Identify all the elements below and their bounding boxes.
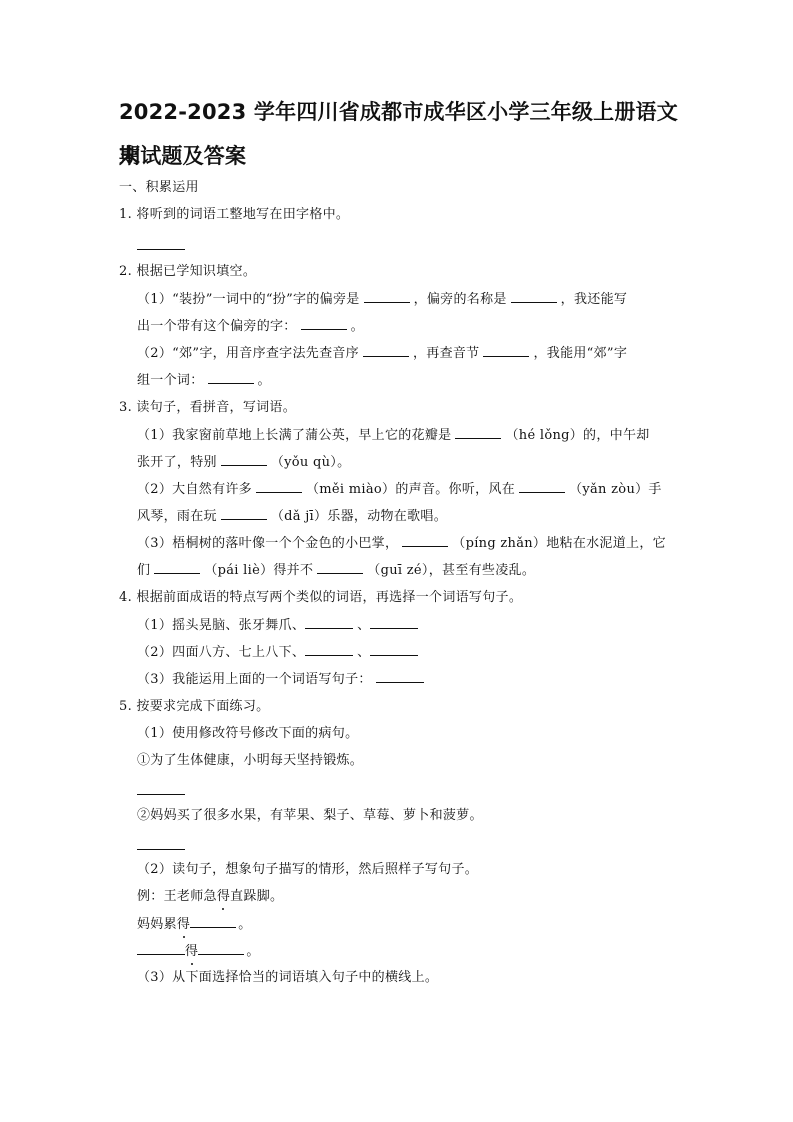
answer-blank[interactable]	[364, 289, 410, 303]
text: （hé lǒng）的，中午却	[505, 428, 649, 443]
answer-blank[interactable]	[256, 479, 302, 493]
answer-blank[interactable]	[363, 343, 409, 357]
answer-blank[interactable]	[208, 370, 254, 384]
question-5-part-2: （2）读句子，想象句子描写的情形，然后照样子写句子。	[137, 860, 478, 880]
answer-blank[interactable]	[511, 289, 557, 303]
document-title-line2: 末试题及答案	[119, 134, 679, 178]
text: （1）我家窗前草地上长满了蒲公英，早上它的花瓣是	[137, 428, 451, 443]
answer-blank[interactable]	[198, 941, 244, 955]
question-4-part-1: （1）摇头晃脑、张牙舞爪、、	[137, 615, 422, 636]
question-2: 2. 根据已学知识填空。	[119, 262, 256, 282]
text: ，再查音节	[413, 346, 480, 361]
text: （3）梧桐树的落叶像一个个金色的小巴掌，	[137, 536, 398, 551]
answer-blank[interactable]	[519, 479, 565, 493]
answer-blank[interactable]	[305, 642, 353, 656]
answer-blank[interactable]	[402, 533, 448, 547]
question-3-part-3: （3）梧桐树的落叶像一个个金色的小巴掌，（píng zhǎn）地粘在水泥道上，它	[137, 533, 666, 554]
section-heading: 一、积累运用	[119, 178, 199, 198]
emphasis-char: 得	[185, 942, 198, 962]
question-2-part-1-cont: 出一个带有这个偏旁的字：。	[137, 316, 364, 337]
separator: 、	[357, 645, 370, 660]
answer-blank[interactable]	[221, 452, 267, 466]
answer-blank[interactable]	[455, 425, 501, 439]
question-3-part-2-cont: 风琴，雨在玩（dǎ jī）乐器，动物在歌唱。	[137, 506, 447, 527]
answer-blank[interactable]	[370, 615, 418, 629]
text: 妈妈累	[137, 917, 177, 932]
text: ，偏旁的名称是	[414, 292, 507, 307]
answer-blank[interactable]	[154, 560, 200, 574]
question-5-part-3: （3）从下面选择恰当的词语填入句子中的横线上。	[137, 968, 438, 988]
text: 。	[351, 319, 364, 334]
sentence-1: ①为了生体健康，小明每天坚持锻炼。	[137, 751, 363, 771]
question-5-part-1: （1）使用修改符号修改下面的病句。	[137, 724, 358, 744]
separator: 、	[357, 618, 370, 633]
question-3-part-3-cont: 们（pái liè）得并不（guī zé），甚至有些凌乱。	[137, 560, 535, 581]
answer-blank[interactable]	[137, 941, 185, 955]
answer-blank[interactable]	[137, 794, 185, 795]
practice-line-2: 得。	[137, 941, 260, 962]
text: （guī zé），甚至有些凌乱。	[367, 563, 535, 578]
text: 出一个带有这个偏旁的字：	[137, 319, 297, 334]
text: 们	[137, 563, 150, 578]
question-2-part-2-cont: 组一个词：。	[137, 370, 271, 391]
question-3-part-2: （2）大自然有许多（měi miào）的声音。你听，风在（yǎn zòu）手	[137, 479, 662, 500]
question-3-part-1-cont: 张开了，特别（yǒu qù）。	[137, 452, 350, 473]
text: 例：王老师急	[137, 889, 217, 904]
text: （dǎ jī）乐器，动物在歌唱。	[271, 509, 447, 524]
answer-blank[interactable]	[376, 669, 424, 683]
text: （píng zhǎn）地粘在水泥道上，它	[452, 536, 666, 551]
question-5: 5. 按要求完成下面练习。	[119, 697, 269, 717]
question-3: 3. 读句子，看拼音，写词语。	[119, 398, 296, 418]
exam-page: 2022-2023 学年四川省成都市成华区小学三年级上册语文期 末试题及答案 一…	[0, 0, 793, 1122]
text: （yǎn zòu）手	[569, 482, 662, 497]
text: （měi miào）的声音。你听，风在	[306, 482, 515, 497]
text: ，我还能写	[561, 292, 628, 307]
answer-blank[interactable]	[221, 506, 267, 520]
text: 直跺脚。	[230, 889, 283, 904]
question-2-part-2: （2）“郊”字，用音序查字法先查音序，再查音节，我能用“郊”字	[137, 343, 627, 364]
emphasis-char: 得	[177, 915, 190, 935]
question-4: 4. 根据前面成语的特点写两个类似的词语，再选择一个词语写句子。	[119, 588, 522, 608]
answer-blank[interactable]	[137, 249, 185, 250]
text: （1）“装扮”一词中的“扮”字的偏旁是	[137, 292, 360, 307]
text: 。	[246, 944, 259, 959]
text: 。	[258, 373, 271, 388]
sentence-2: ②妈妈买了很多水果，有苹果、梨子、草莓、萝卜和菠萝。	[137, 806, 483, 826]
text: （2）大自然有许多	[137, 482, 252, 497]
answer-blank[interactable]	[301, 316, 347, 330]
question-4-part-2: （2）四面八方、七上八下、、	[137, 642, 422, 663]
answer-blank[interactable]	[483, 343, 529, 357]
text: （3）我能运用上面的一个词语写句子：	[137, 672, 372, 687]
answer-blank[interactable]	[317, 560, 363, 574]
text: 风琴，雨在玩	[137, 509, 217, 524]
question-3-part-1: （1）我家窗前草地上长满了蒲公英，早上它的花瓣是（hé lǒng）的，中午却	[137, 425, 650, 446]
text: 。	[238, 917, 251, 932]
question-2-part-1: （1）“装扮”一词中的“扮”字的偏旁是，偏旁的名称是，我还能写	[137, 289, 627, 310]
text: （pái liè）得并不	[204, 563, 313, 578]
text: （yǒu qù）。	[271, 455, 351, 470]
answer-blank[interactable]	[305, 615, 353, 629]
example-sentence: 例：王老师急得直跺脚。	[137, 887, 283, 907]
text: （1）摇头晃脑、张牙舞爪、	[137, 618, 305, 633]
text: ，我能用“郊”字	[533, 346, 627, 361]
answer-blank[interactable]	[370, 642, 418, 656]
text: （2）“郊”字，用音序查字法先查音序	[137, 346, 359, 361]
text: （2）四面八方、七上八下、	[137, 645, 305, 660]
answer-blank[interactable]	[190, 914, 236, 928]
emphasis-char: 得	[217, 887, 230, 907]
question-4-part-3: （3）我能运用上面的一个词语写句子：	[137, 669, 428, 690]
question-1: 1. 将听到的词语工整地写在田字格中。	[119, 205, 349, 225]
answer-blank[interactable]	[137, 849, 185, 850]
practice-line-1: 妈妈累得。	[137, 914, 252, 935]
text: 张开了，特别	[137, 455, 217, 470]
text: 组一个词：	[137, 373, 204, 388]
